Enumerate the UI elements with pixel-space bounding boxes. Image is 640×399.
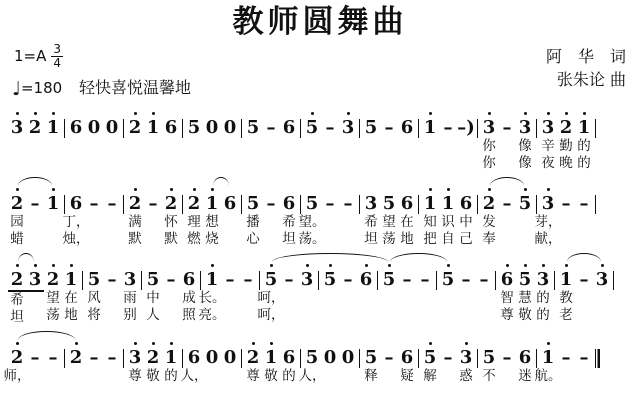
- note-digit: 5: [380, 194, 398, 214]
- lyric-text: 敬: [146, 368, 160, 385]
- lyric-syllable-v2: [516, 231, 534, 248]
- note-digit: 1: [439, 194, 457, 214]
- lyric-syllable-v1: 怀: [162, 214, 180, 231]
- note-digit: 2: [144, 348, 162, 368]
- octave-dot-empty: [93, 264, 96, 267]
- lyric-syllable-v1: [380, 138, 398, 155]
- lyric-text: 想: [205, 214, 219, 231]
- lyric-syllable-v2: [398, 155, 416, 172]
- lyric-syllable-v1: [321, 214, 339, 231]
- lyric-syllable-v2: [280, 307, 298, 324]
- octave-dot-empty: [406, 112, 409, 115]
- lyric-syllable-v2: 别: [121, 307, 139, 324]
- note-digit: 1: [162, 348, 180, 368]
- octave-dot: [547, 342, 550, 345]
- note-digit: 5: [516, 270, 534, 290]
- expression-text: 轻快喜悦温馨地: [79, 78, 191, 97]
- note-digit: 3: [339, 118, 357, 138]
- note: 3: [298, 261, 316, 324]
- lyric-text: 荡: [382, 231, 396, 248]
- lyric-syllable-v2: [557, 231, 575, 248]
- note-digit: –: [339, 270, 357, 290]
- lyric-syllable-v1: 尊: [126, 368, 144, 385]
- barline: [418, 195, 419, 214]
- lyric-syllable-v1: [575, 214, 593, 231]
- note: 1: [421, 109, 439, 172]
- octave-dot-empty: [388, 112, 391, 115]
- lyric-syllable-v1: 希: [362, 214, 380, 231]
- lyric-syllable-v2: [593, 307, 611, 324]
- note: –: [380, 339, 398, 385]
- note-digit: –: [103, 194, 121, 214]
- header-meta: 1=A34 阿 华 词 张朱论 曲 ♩=180 轻快喜悦温馨地: [0, 41, 640, 99]
- time-denominator: 4: [53, 57, 61, 70]
- note: –: [475, 261, 493, 324]
- lyric-text: 望: [382, 214, 396, 231]
- note: 5不: [480, 339, 498, 385]
- barline: [64, 349, 65, 368]
- note: 0: [103, 109, 121, 172]
- barline: [300, 119, 301, 138]
- lyric-syllable-v1: [239, 290, 257, 307]
- lyric-text: 知: [423, 214, 437, 231]
- lyric-text: 教: [559, 290, 573, 307]
- lyric-syllable-v2: [162, 307, 180, 324]
- lyric-syllable-v2: [185, 155, 203, 172]
- lyric-syllable-v1: 识: [439, 214, 457, 231]
- lyric-syllable-v1: 敬: [262, 368, 280, 385]
- octave-dot-empty: [152, 264, 155, 267]
- key-label: 1=A: [14, 47, 46, 65]
- octave-dot-empty: [406, 342, 409, 345]
- note-digit: 5: [303, 118, 321, 138]
- note-digit: –: [26, 194, 44, 214]
- lyric-syllable-v1: 迷: [516, 368, 534, 385]
- octave-dot-empty: [111, 342, 114, 345]
- octave-dot: [311, 112, 314, 115]
- note: 5慧敬: [516, 261, 534, 324]
- lyric-syllable-v1: [439, 368, 457, 385]
- note: 2勤晚: [557, 109, 575, 172]
- note: 6: [67, 109, 85, 172]
- music-line: 2师，––2––3尊2敬1的6人，002尊1敬6的5人，005释–6疑5解–3惑…: [8, 329, 640, 385]
- notes-row: 2园蜡–16丁，烛，––2满默–2怀默2理燃1想烧65播心–6希坦5望。荡。––…: [8, 175, 640, 248]
- note-digit: 1: [421, 194, 439, 214]
- lyric-text: 的: [577, 155, 591, 172]
- lyric-syllable-v1: 风: [85, 290, 103, 307]
- octave-dot: [34, 264, 37, 267]
- lyric-syllable-v1: 释: [362, 368, 380, 385]
- lyric-syllable-v1: [339, 368, 357, 385]
- note: 6: [398, 109, 416, 172]
- lyric-syllable-v1: 满: [126, 214, 144, 231]
- note: 6的: [280, 339, 298, 385]
- octave-dot: [52, 264, 55, 267]
- lyric-syllable-v1: 在: [62, 290, 80, 307]
- note-digit: 6: [398, 194, 416, 214]
- note-digit: 1: [62, 270, 80, 290]
- note: 5: [303, 109, 321, 172]
- lyric-text: 地: [400, 231, 414, 248]
- lyric-syllable-v2: [44, 155, 62, 172]
- lyric-syllable-v1: [26, 292, 44, 309]
- octave-dot: [565, 112, 568, 115]
- note-digit: –: [321, 194, 339, 214]
- lyric-text: 把: [423, 231, 437, 248]
- lyric-syllable-v2: 坦: [362, 231, 380, 248]
- lyric-syllable-v2: 的: [534, 307, 552, 324]
- note: 3像像: [516, 109, 534, 172]
- lyric-text: 迷: [518, 368, 532, 385]
- octave-dot: [211, 188, 214, 191]
- note: 2尊: [244, 339, 262, 385]
- time-numerator: 3: [51, 43, 63, 57]
- note: 2: [126, 109, 144, 172]
- lyric-syllable-v1: [498, 368, 516, 385]
- credits: 阿 华 词 张朱论 曲: [546, 45, 626, 91]
- note: 6中己: [457, 185, 475, 248]
- note: –: [26, 185, 44, 248]
- barline: [595, 195, 596, 214]
- lyric-syllable-v1: [498, 214, 516, 231]
- octave-dot: [365, 264, 368, 267]
- lyric-text: 园: [10, 214, 24, 231]
- lyric-text: 的: [282, 368, 296, 385]
- octave-dot-empty: [34, 342, 37, 345]
- note-digit: –: [575, 348, 593, 368]
- lyric-syllable-v2: [144, 231, 162, 248]
- barline: [359, 119, 360, 138]
- lyric-text: 播: [246, 214, 260, 231]
- note: 5风将: [85, 261, 103, 324]
- lyric-syllable-v1: [203, 138, 221, 155]
- lyric-syllable-v1: [475, 290, 493, 307]
- note: –: [262, 109, 280, 172]
- lyric-text: 怀: [164, 214, 178, 231]
- note: –: [557, 185, 575, 248]
- lyric-syllable-v1: [457, 138, 475, 155]
- lyric-text: 你: [482, 155, 496, 172]
- lyric-syllable-v1: [144, 214, 162, 231]
- octave-dot-empty: [288, 264, 291, 267]
- lyric-text: 希: [10, 292, 24, 309]
- lyricist-credit: 阿 华 词: [546, 45, 626, 68]
- note-digit: –: [321, 118, 339, 138]
- note: 3雨别: [121, 261, 139, 324]
- lyric-text: 希: [282, 214, 296, 231]
- note: 6迷: [516, 339, 534, 385]
- barline: [436, 271, 437, 290]
- notes-row: 3216002165005–65–35–61––)3你你–3像像3辛夜2勤晚1的…: [8, 99, 640, 172]
- lyric-syllable-v1: [144, 138, 162, 155]
- lyric-syllable-v1: [203, 368, 221, 385]
- tempo-value: =180: [21, 79, 62, 97]
- lyric-syllable-v2: [162, 155, 180, 172]
- lyric-syllable-v1: [298, 290, 316, 307]
- note-digit: –: [239, 270, 257, 290]
- octave-dot-empty: [388, 188, 391, 191]
- note: –: [103, 339, 121, 385]
- lyric-syllable-v1: [321, 290, 339, 307]
- note: 1教老: [557, 261, 575, 324]
- lyric-syllable-v2: [416, 307, 434, 324]
- octave-dot-empty: [583, 342, 586, 345]
- lyric-syllable-v1: [575, 290, 593, 307]
- lyric-syllable-v2: [357, 307, 375, 324]
- note: 3希坦: [362, 185, 380, 248]
- lyric-syllable-v2: 你: [480, 155, 498, 172]
- note-digit: –: [339, 194, 357, 214]
- octave-dot-empty: [252, 188, 255, 191]
- lyric-syllable-v1: [103, 368, 121, 385]
- lyric-syllable-v1: [221, 214, 239, 231]
- octave-dot-empty: [247, 264, 250, 267]
- lyric-syllable-v1: 智: [498, 290, 516, 307]
- lyric-syllable-v1: 芽，: [539, 214, 557, 231]
- note-digit: –: [85, 348, 103, 368]
- lyric-syllable-v2: 蜡: [8, 231, 26, 248]
- lyric-text: 坦: [364, 231, 378, 248]
- barline: [595, 119, 596, 138]
- note-digit: –: [162, 270, 180, 290]
- octave-dot-empty: [211, 112, 214, 115]
- octave-dot: [70, 264, 73, 267]
- quarter-note-icon: ♩: [12, 78, 21, 100]
- lyric-text: 燃: [187, 231, 201, 248]
- lyric-syllable-v2: 尊: [498, 307, 516, 324]
- key-signature: 1=A34: [14, 43, 63, 70]
- barline: [495, 271, 496, 290]
- octave-dot-empty: [193, 342, 196, 345]
- sheet-music-page: 教师圆舞曲 1=A34 阿 华 词 张朱论 曲 ♩=180 轻快喜悦温馨地 32…: [0, 0, 640, 399]
- note: –: [575, 185, 593, 248]
- lyric-syllable-v1: [357, 290, 375, 307]
- note-digit: 6: [67, 118, 85, 138]
- note: 1航。: [539, 339, 557, 385]
- note: –: [575, 339, 593, 385]
- note: 6疑: [398, 339, 416, 385]
- octave-dot: [465, 342, 468, 345]
- lyric-syllable-v2: [103, 155, 121, 172]
- barline: [182, 195, 183, 214]
- octave-dot: [16, 188, 19, 191]
- octave-dot: [542, 264, 545, 267]
- lyric-syllable-v1: [262, 138, 280, 155]
- lyric-text: 望: [46, 290, 60, 307]
- note: 3芽，献，: [539, 185, 557, 248]
- time-signature: 34: [51, 43, 63, 70]
- note: 3尊: [126, 339, 144, 385]
- lyric-text: 别: [123, 307, 137, 324]
- lyric-syllable-v2: 呵，: [262, 307, 280, 324]
- note-digit: 2: [557, 118, 575, 138]
- lyric-text: 雨: [123, 290, 137, 307]
- octave-dot: [524, 188, 527, 191]
- note-digit: 0: [221, 348, 239, 368]
- octave-dot-empty: [447, 112, 450, 115]
- barline: [536, 119, 537, 138]
- lyric-syllable-v1: 丁，: [67, 214, 85, 231]
- octave-dot: [306, 264, 309, 267]
- lyric-text: 晚: [559, 155, 573, 172]
- lyric-text: 地: [64, 307, 78, 324]
- octave-dot-empty: [34, 188, 37, 191]
- note-digit: –: [498, 118, 516, 138]
- lyric-syllable-v1: [557, 368, 575, 385]
- lyric-syllable-v1: 人，: [185, 368, 203, 385]
- lyric-syllable-v1: [67, 368, 85, 385]
- lyric-syllable-v1: [498, 138, 516, 155]
- note: 3: [339, 109, 357, 172]
- note: 2: [67, 339, 85, 385]
- lyric-syllable-v2: [221, 307, 239, 324]
- note-digit: 6: [185, 348, 203, 368]
- barline: [318, 271, 319, 290]
- note: 5解: [421, 339, 439, 385]
- lyric-syllable-v1: [162, 290, 180, 307]
- note: 1: [44, 185, 62, 248]
- note-digit: 6: [280, 118, 298, 138]
- note: –: [26, 339, 44, 385]
- lyric-text: 奉: [482, 231, 496, 248]
- lyric-text: 将: [87, 307, 101, 324]
- lyric-syllable-v1: 的: [575, 138, 593, 155]
- lyric-syllable-v2: 将: [85, 307, 103, 324]
- lyric-text: 你: [482, 138, 496, 155]
- barline: [123, 119, 124, 138]
- note: 1的: [162, 339, 180, 385]
- octave-dot-empty: [52, 342, 55, 345]
- note-digit: 3: [8, 118, 26, 138]
- lyric-syllable-v2: [85, 231, 103, 248]
- note-digit: 1: [44, 118, 62, 138]
- lyric-syllable-v2: [298, 307, 316, 324]
- note-digit: 0: [103, 118, 121, 138]
- lyric-syllable-v1: [262, 214, 280, 231]
- barline: [418, 119, 419, 138]
- composer-credit: 张朱论 曲: [546, 68, 626, 91]
- octave-dot-empty: [270, 188, 273, 191]
- lyric-syllable-v2: [457, 155, 475, 172]
- lyric-syllable-v1: 的: [280, 368, 298, 385]
- lyric-syllable-v1: [85, 214, 103, 231]
- barline: [536, 349, 537, 368]
- octave-dot: [152, 342, 155, 345]
- note: –: [321, 109, 339, 172]
- barline: [123, 349, 124, 368]
- note: –: [457, 261, 475, 324]
- note-digit: 1: [421, 118, 439, 138]
- note-digit: 0: [221, 118, 239, 138]
- note-digit: 3: [480, 118, 498, 138]
- note-digit: 5: [380, 270, 398, 290]
- note: 5中人: [144, 261, 162, 324]
- note: –: [239, 261, 257, 324]
- barline: [536, 195, 537, 214]
- note: 5呵，呵，: [262, 261, 280, 324]
- music-line: 2希坦32望荡1在地5风将–3雨别5中人–6成照1长。亮。––5呵，呵，–35–…: [8, 251, 640, 326]
- lyric-syllable-v2: [103, 231, 121, 248]
- octave-dot-empty: [252, 112, 255, 115]
- note-digit: 3: [534, 270, 552, 290]
- lyric-syllable-v1: [457, 290, 475, 307]
- music-line: 3216002165005–65–35–61––)3你你–3像像3辛夜2勤晚1的…: [8, 99, 640, 172]
- lyric-syllable-v2: [475, 307, 493, 324]
- note-digit: 1: [262, 348, 280, 368]
- final-barline: [595, 349, 600, 368]
- lyric-syllable-v2: [44, 231, 62, 248]
- octave-dot: [429, 342, 432, 345]
- lyric-syllable-v1: [185, 138, 203, 155]
- lyric-text: 疑: [400, 368, 414, 385]
- lyric-syllable-v1: [280, 290, 298, 307]
- lyric-syllable-v2: [144, 155, 162, 172]
- lyric-syllable-v2: [380, 155, 398, 172]
- octave-dot-empty: [370, 342, 373, 345]
- lyric-syllable-v2: [339, 307, 357, 324]
- lyric-text: 坦: [10, 309, 24, 326]
- barline: [418, 349, 419, 368]
- lyric-syllable-v2: 默: [126, 231, 144, 248]
- octave-dot-empty: [483, 264, 486, 267]
- octave-dot-empty: [170, 264, 173, 267]
- note: 6丁，烛，: [67, 185, 85, 248]
- lyric-syllable-v2: 己: [457, 231, 475, 248]
- lyric-syllable-v2: 人: [144, 307, 162, 324]
- lyric-syllable-v1: 你: [480, 138, 498, 155]
- lyric-text: 的: [536, 307, 550, 324]
- note-digit: 5: [144, 270, 162, 290]
- lyric-syllable-v1: 不: [480, 368, 498, 385]
- lyric-syllable-v1: 勤: [557, 138, 575, 155]
- note: 5望。荡。: [303, 185, 321, 248]
- lyric-syllable-v1: 疑: [398, 368, 416, 385]
- lyric-syllable-v2: [239, 307, 257, 324]
- lyric-syllable-v1: 知: [421, 214, 439, 231]
- note-digit: –: [498, 348, 516, 368]
- note: 5: [185, 109, 203, 172]
- octave-dot-empty: [93, 112, 96, 115]
- lyric-text: 成: [182, 290, 196, 307]
- lyric-syllable-v2: [262, 231, 280, 248]
- octave-dot-empty: [388, 342, 391, 345]
- note-digit: 5: [244, 194, 262, 214]
- note-digit: 5: [303, 194, 321, 214]
- octave-dot-empty: [329, 342, 332, 345]
- note-digit: 2: [126, 194, 144, 214]
- note: –: [44, 339, 62, 385]
- note: –: [221, 261, 239, 324]
- note: 3: [8, 109, 26, 172]
- lyric-syllable-v2: 敬: [516, 307, 534, 324]
- barline: [182, 349, 183, 368]
- octave-dot-empty: [93, 188, 96, 191]
- lyric-text: 尊: [246, 368, 260, 385]
- note: –: [439, 339, 457, 385]
- note-digit: 5: [362, 118, 380, 138]
- note: 2敬: [144, 339, 162, 385]
- lyric-syllable-v1: 航。: [539, 368, 557, 385]
- lyric-syllable-v1: [339, 214, 357, 231]
- lyric-syllable-v2: [321, 231, 339, 248]
- octave-dot-empty: [524, 342, 527, 345]
- note: 0: [203, 339, 221, 385]
- note-digit: 6: [162, 118, 180, 138]
- note-digit: 2: [44, 270, 62, 290]
- lyric-text: 默: [128, 231, 142, 248]
- lyric-syllable-v1: 教: [557, 290, 575, 307]
- octave-dot-empty: [347, 264, 350, 267]
